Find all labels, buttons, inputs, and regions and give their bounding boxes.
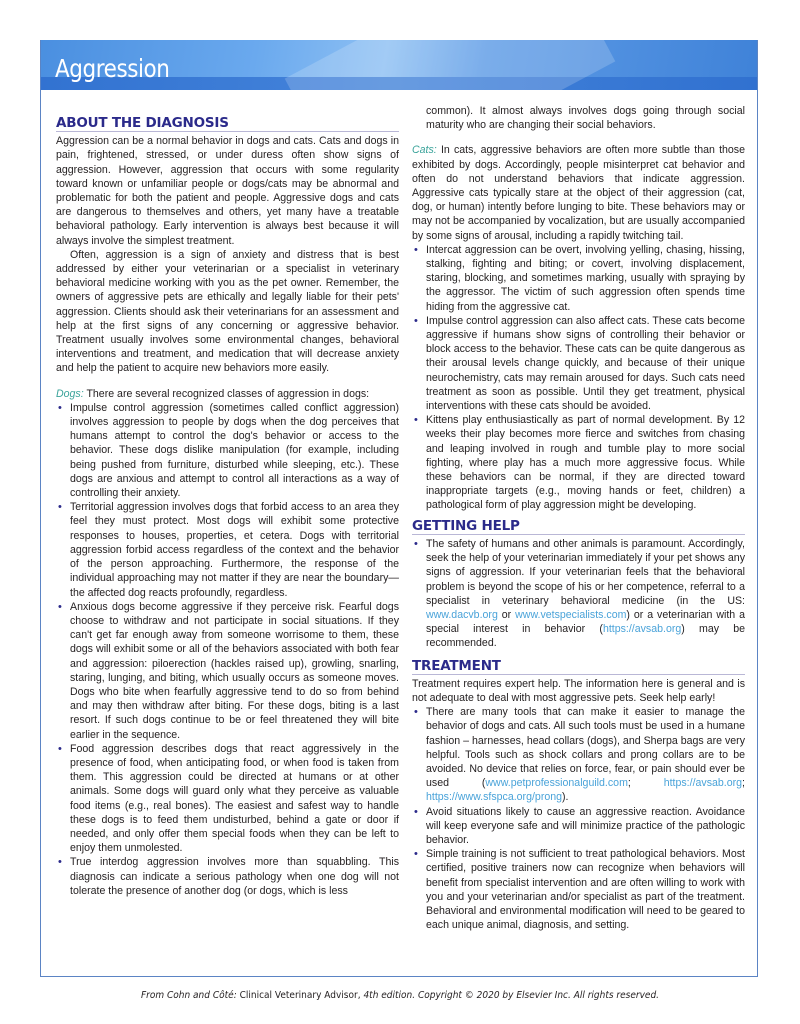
treatment-intro: Treatment requires expert help. The info… bbox=[412, 677, 745, 705]
list-item: Territorial aggression involves dogs tha… bbox=[56, 500, 399, 599]
page-title: Aggression bbox=[55, 54, 169, 83]
dogs-label: Dogs: bbox=[56, 388, 84, 400]
list-item: Impulse control aggression can also affe… bbox=[412, 314, 745, 413]
list-item: True interdog aggression involves more t… bbox=[56, 855, 399, 898]
list-item: Impulse control aggression (sometimes ca… bbox=[56, 401, 399, 500]
about-paragraph-2: Often, aggression is a sign of anxiety a… bbox=[56, 248, 399, 376]
cats-label: Cats: bbox=[412, 144, 437, 156]
list-item: There are many tools that can make it ea… bbox=[412, 705, 745, 804]
dogs-intro: Dogs: There are several recognized class… bbox=[56, 387, 399, 401]
about-paragraph-1: Aggression can be a normal behavior in d… bbox=[56, 134, 399, 248]
list-item: The safety of humans and other animals i… bbox=[412, 537, 745, 651]
link-petprofessionalguild[interactable]: www.petprofessionalguild.com bbox=[485, 777, 628, 789]
cats-list: Intercat aggression can be overt, involv… bbox=[412, 243, 745, 513]
dogs-list: Impulse control aggression (sometimes ca… bbox=[56, 401, 399, 898]
left-column: ABOUT THE DIAGNOSIS Aggression can be a … bbox=[56, 104, 399, 898]
list-item: Simple training is not sufficient to tre… bbox=[412, 847, 745, 932]
section-heading-getting-help: GETTING HELP bbox=[412, 519, 745, 535]
link-avsab[interactable]: https://avsab.org bbox=[603, 623, 681, 635]
list-item: Intercat aggression can be overt, involv… bbox=[412, 243, 745, 314]
link-vetspecialists[interactable]: www.vetspecialists.com bbox=[515, 609, 626, 621]
right-column: common). It almost always involves dogs … bbox=[412, 104, 745, 932]
link-avsab[interactable]: https://avsab.org bbox=[664, 777, 742, 789]
dogs-continuation: common). It almost always involves dogs … bbox=[412, 104, 745, 132]
link-dacvb[interactable]: www.dacvb.org bbox=[426, 609, 498, 621]
treatment-list: There are many tools that can make it ea… bbox=[412, 705, 745, 932]
section-heading-about: ABOUT THE DIAGNOSIS bbox=[56, 116, 399, 132]
list-item: Anxious dogs become aggressive if they p… bbox=[56, 600, 399, 742]
section-heading-treatment: TREATMENT bbox=[412, 659, 745, 675]
copyright-footer: From Cohn and Côté: Clinical Veterinary … bbox=[40, 990, 760, 1001]
help-list: The safety of humans and other animals i… bbox=[412, 537, 745, 651]
list-item: Food aggression describes dogs that reac… bbox=[56, 742, 399, 856]
cats-intro: Cats: In cats, aggressive behaviors are … bbox=[412, 143, 745, 242]
link-sfspca-prong[interactable]: https://www.sfspca.org/prong bbox=[426, 791, 562, 803]
list-item: Avoid situations likely to cause an aggr… bbox=[412, 805, 745, 848]
list-item: Kittens play enthusiastically as part of… bbox=[412, 413, 745, 512]
